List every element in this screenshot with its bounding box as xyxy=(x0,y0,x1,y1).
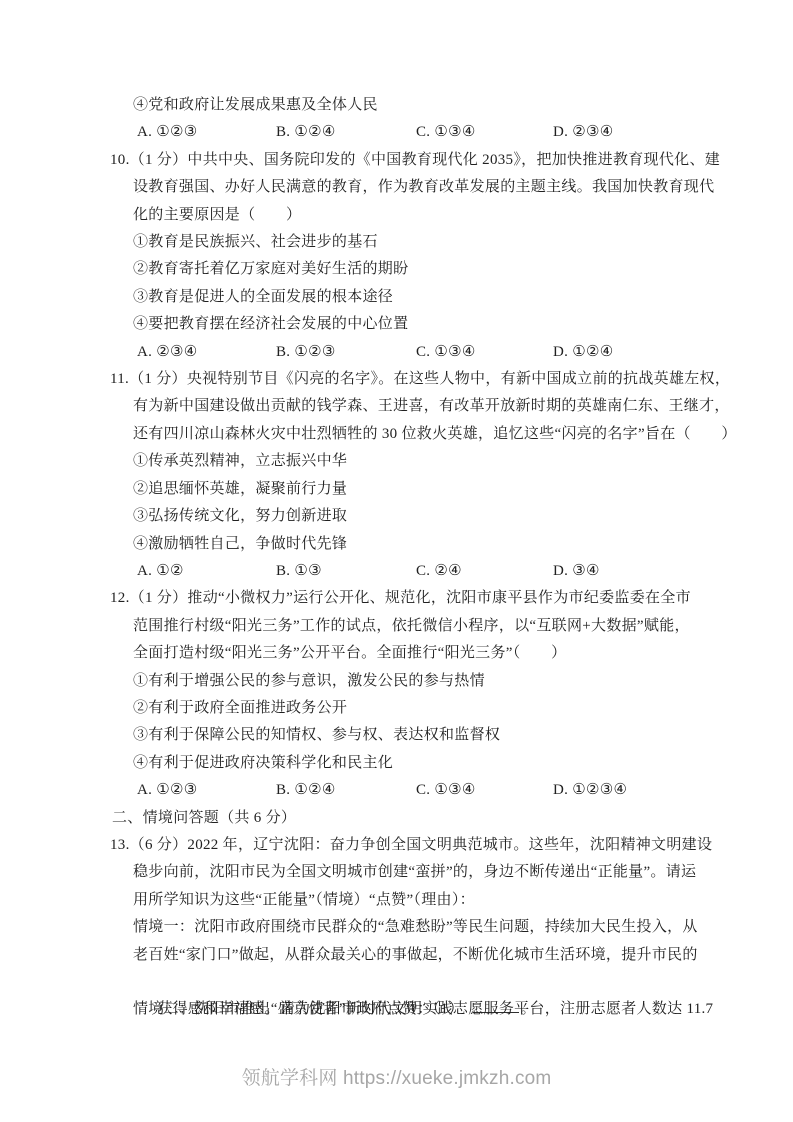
watermark: 领航学科网 https://xueke.jmkzh.com xyxy=(0,1066,793,1092)
question-9-choice-d: D. ②③④ xyxy=(553,119,613,146)
question-13-text-line-3: 用所学知识为这些“正能量”（情境）“点赞”（理由）： xyxy=(133,887,793,914)
question-9-choice-c: C. ①③④ xyxy=(416,119,476,146)
question-11-choice-a: A. ①② xyxy=(137,558,184,585)
exam-page: ④党和政府让发展成果惠及全体人民 A. ①②③ B. ①②④ C. ①③④ D.… xyxy=(0,0,793,1122)
question-9-choices-row: A. ①②③ B. ①②④ C. ①③④ D. ②③④ xyxy=(0,119,793,146)
question-10-choice-c: C. ①③④ xyxy=(416,339,476,366)
question-10-choice-b: B. ①②③ xyxy=(276,339,336,366)
question-10-option-3: ③教育是促进人的全面发展的根本途径 xyxy=(133,284,793,311)
question-11-option-3: ③弘扬传统文化，努力创新进取 xyxy=(133,503,793,530)
question-10-text-line-1: 10.（1 分）中共中央、国务院印发的《中国教育现代化 2035》，把加快推进教… xyxy=(110,147,793,174)
question-12-choice-a: A. ①②③ xyxy=(137,777,197,804)
question-10-text-line-2: 设教育强国、办好人民满意的教育，作为教育改革发展的主题主线。我国加快教育现代 xyxy=(133,174,793,201)
question-11-text-line-1: 11.（1 分）央视特别节目《闪亮的名字》。在这些人物中，有新中国成立前的抗战英… xyxy=(110,366,793,393)
question-9-option-4: ④党和政府让发展成果惠及全体人民 xyxy=(133,92,793,119)
question-10-choices-row: A. ②③④ B. ①②③ C. ①③④ D. ①②④ xyxy=(0,339,793,366)
question-12-text-line-3: 全面打造村级“阳光三务”公开平台。全面推行“阳光三务”（ ） xyxy=(133,640,793,667)
question-11-choice-d: D. ③④ xyxy=(553,558,600,585)
question-11-option-4: ④激励牺牲自己，争做时代先锋 xyxy=(133,531,793,558)
question-10-choice-a: A. ②③④ xyxy=(137,339,197,366)
question-12-choice-d: D. ①②③④ xyxy=(553,777,627,804)
question-11-text-line-3: 还有四川凉山森林火灾中壮烈牺牲的 30 位救火英雄，追忆这些“闪亮的名字”旨在（… xyxy=(133,421,793,448)
question-13-scenario-1-line-2: 老百姓“家门口”做起，从群众最关心的事做起，不断优化城市生活环境，提升市民的 xyxy=(133,942,793,969)
question-10-choice-d: D. ①②④ xyxy=(553,339,613,366)
question-12-option-1: ①有利于增强公民的参与意识，激发公民的参与热情 xyxy=(133,668,793,695)
question-11-option-1: ①传承英烈精神，立志振兴中华 xyxy=(133,448,793,475)
question-11-choices-row: A. ①② B. ①③ C. ②④ D. ③④ xyxy=(0,558,793,585)
question-10-text-line-3: 化的主要原因是（ ） xyxy=(133,202,793,229)
question-12-option-2: ②有利于政府全面推进政务公开 xyxy=(133,695,793,722)
question-13-scenario-2-line-1: 情境二：沈阳市推出“盛京使者”新时代文明实践志愿服务平台，注册志愿者人数达 11… xyxy=(133,996,793,1023)
question-11-text-line-2: 有为新中国建设做出贡献的钱学森、王进喜，有改革开放新时期的英雄南仁东、王继才， xyxy=(133,393,793,420)
question-12-option-4: ④有利于促进政府决策科学化和民主化 xyxy=(133,750,793,777)
question-9-choice-a: A. ①②③ xyxy=(137,119,197,146)
question-12-choices-row: A. ①②③ B. ①②④ C. ①③④ D. ①②③④ xyxy=(0,777,793,804)
question-11-choice-b: B. ①③ xyxy=(276,558,322,585)
question-12-text-line-1: 12.（1 分）推动“小微权力”运行公开化、规范化，沈阳市康平县作为市纪委监委在… xyxy=(110,585,793,612)
question-12-choice-c: C. ①③④ xyxy=(416,777,476,804)
section-2-header: 二、情境问答题（共 6 分） xyxy=(112,805,793,832)
question-12-option-3: ③有利于保障公民的知情权、参与权、表达权和监督权 xyxy=(133,722,793,749)
question-10-option-4: ④要把教育摆在经济社会发展的中心位置 xyxy=(133,311,793,338)
question-10-option-1: ①教育是民族振兴、社会进步的基石 xyxy=(133,229,793,256)
question-13-scenario-1-line-1: 情境一：沈阳市政府围绕市民群众的“急难愁盼”等民生问题，持续加大民生投入，从 xyxy=(133,914,793,941)
question-13-scenario-1-line-3: 获得感和幸福感。请为沈阳市政府点赞：（1）。 xyxy=(133,969,793,996)
question-12-choice-b: B. ①②④ xyxy=(276,777,336,804)
question-9-choice-b: B. ①②④ xyxy=(276,119,336,146)
question-13-text-line-2: 稳步向前，沈阳市民为全国文明城市创建“蛮拼”的，身边不断传递出“正能量”。请运 xyxy=(133,859,793,886)
question-12-text-line-2: 范围推行村级“阳光三务”工作的试点，依托微信小程序，以“互联网+大数据”赋能， xyxy=(133,613,793,640)
question-11-option-2: ②追思缅怀英雄，凝聚前行力量 xyxy=(133,476,793,503)
exam-content: ④党和政府让发展成果惠及全体人民 A. ①②③ B. ①②④ C. ①③④ D.… xyxy=(0,92,793,1024)
question-11-choice-c: C. ②④ xyxy=(416,558,462,585)
question-13-text-line-1: 13.（6 分）2022 年，辽宁沈阳：奋力争创全国文明典范城市。这些年，沈阳精… xyxy=(110,832,793,859)
question-10-option-2: ②教育寄托着亿万家庭对美好生活的期盼 xyxy=(133,256,793,283)
